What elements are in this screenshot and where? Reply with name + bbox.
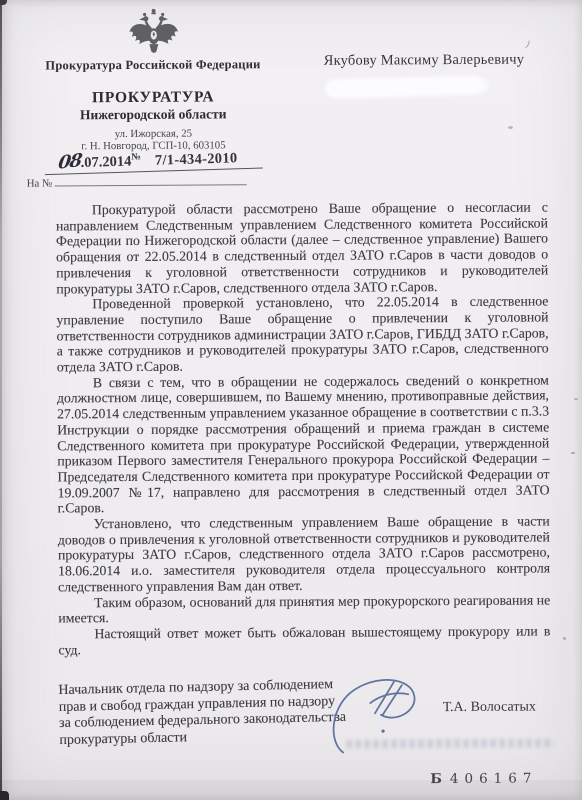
scan-edge-artifact	[0, 0, 2, 800]
body-paragraph: Проведенной проверкой установлено, что 2…	[56, 294, 548, 376]
date-printed: .07.2014	[80, 154, 131, 172]
signer-name: Т.А. Волосатых	[443, 699, 563, 716]
number-sign: №	[131, 152, 141, 162]
body-paragraph: Установлено, что следственным управление…	[58, 513, 550, 595]
body-paragraph: Настоящий ответ может быть обжалован выш…	[58, 623, 550, 657]
scan-speck-artifact	[563, 637, 566, 640]
faint-stamp-mark	[346, 738, 554, 748]
letter-body: Прокуратурой области рассмотрено Ваше об…	[56, 199, 551, 657]
org-name: ПРОКУРАТУРА	[26, 88, 280, 108]
reference-number-row: На №	[27, 175, 247, 189]
letter-content: Прокуратура Российской Федерации ПРОКУРА…	[0, 0, 582, 800]
handwritten-day: 08	[57, 150, 82, 174]
body-paragraph: В связи с тем, что в обращении не содерж…	[57, 372, 550, 516]
reference-number-blank-line	[54, 175, 246, 186]
coat-of-arms-emblem-icon	[125, 7, 183, 59]
date-line: 08.07.2014№7/1-434-2010	[44, 144, 263, 176]
org-region: Нижегородской области	[26, 106, 280, 124]
scan-speck-artifact	[508, 126, 513, 129]
scan-speck-artifact	[574, 398, 578, 400]
scan-shading-artifact	[0, 780, 582, 800]
scan-speck-artifact	[571, 452, 575, 454]
body-paragraph: Таким образом, оснований для принятия ме…	[58, 592, 550, 626]
redacted-address-blob	[327, 77, 481, 96]
org-parent-name: Прокуратура Российской Федерации	[26, 57, 280, 74]
reference-number-label: На №	[27, 177, 53, 189]
body-paragraph: Прокуратурой области рассмотрено Ваше об…	[56, 199, 549, 296]
scanned-letter-page: Прокуратура Российской Федерации ПРОКУРА…	[0, 0, 582, 800]
recipient-name: Якубову Максиму Валерьевичу	[312, 51, 536, 69]
outgoing-number: 7/1-434-2010	[155, 150, 238, 169]
